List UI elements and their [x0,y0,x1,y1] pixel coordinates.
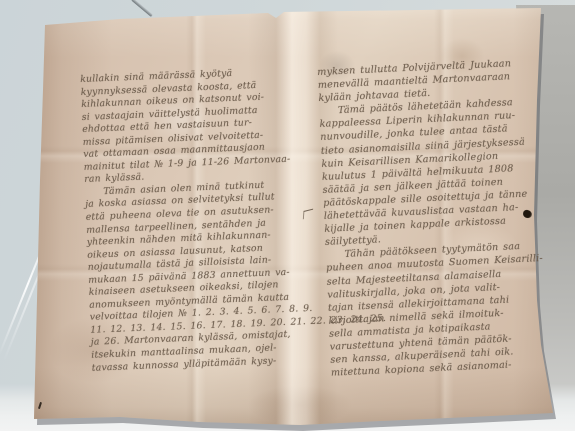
photo-of-handwritten-document: kullakin sinä määrässä kyötyäkyynnyksess… [0,0,575,431]
right-page-handwriting: myksen tullutta Polvijärveltä Juukaanmen… [317,56,557,380]
left-page-handwriting: kullakin sinä määrässä kyötyäkyynnyksess… [80,65,306,374]
